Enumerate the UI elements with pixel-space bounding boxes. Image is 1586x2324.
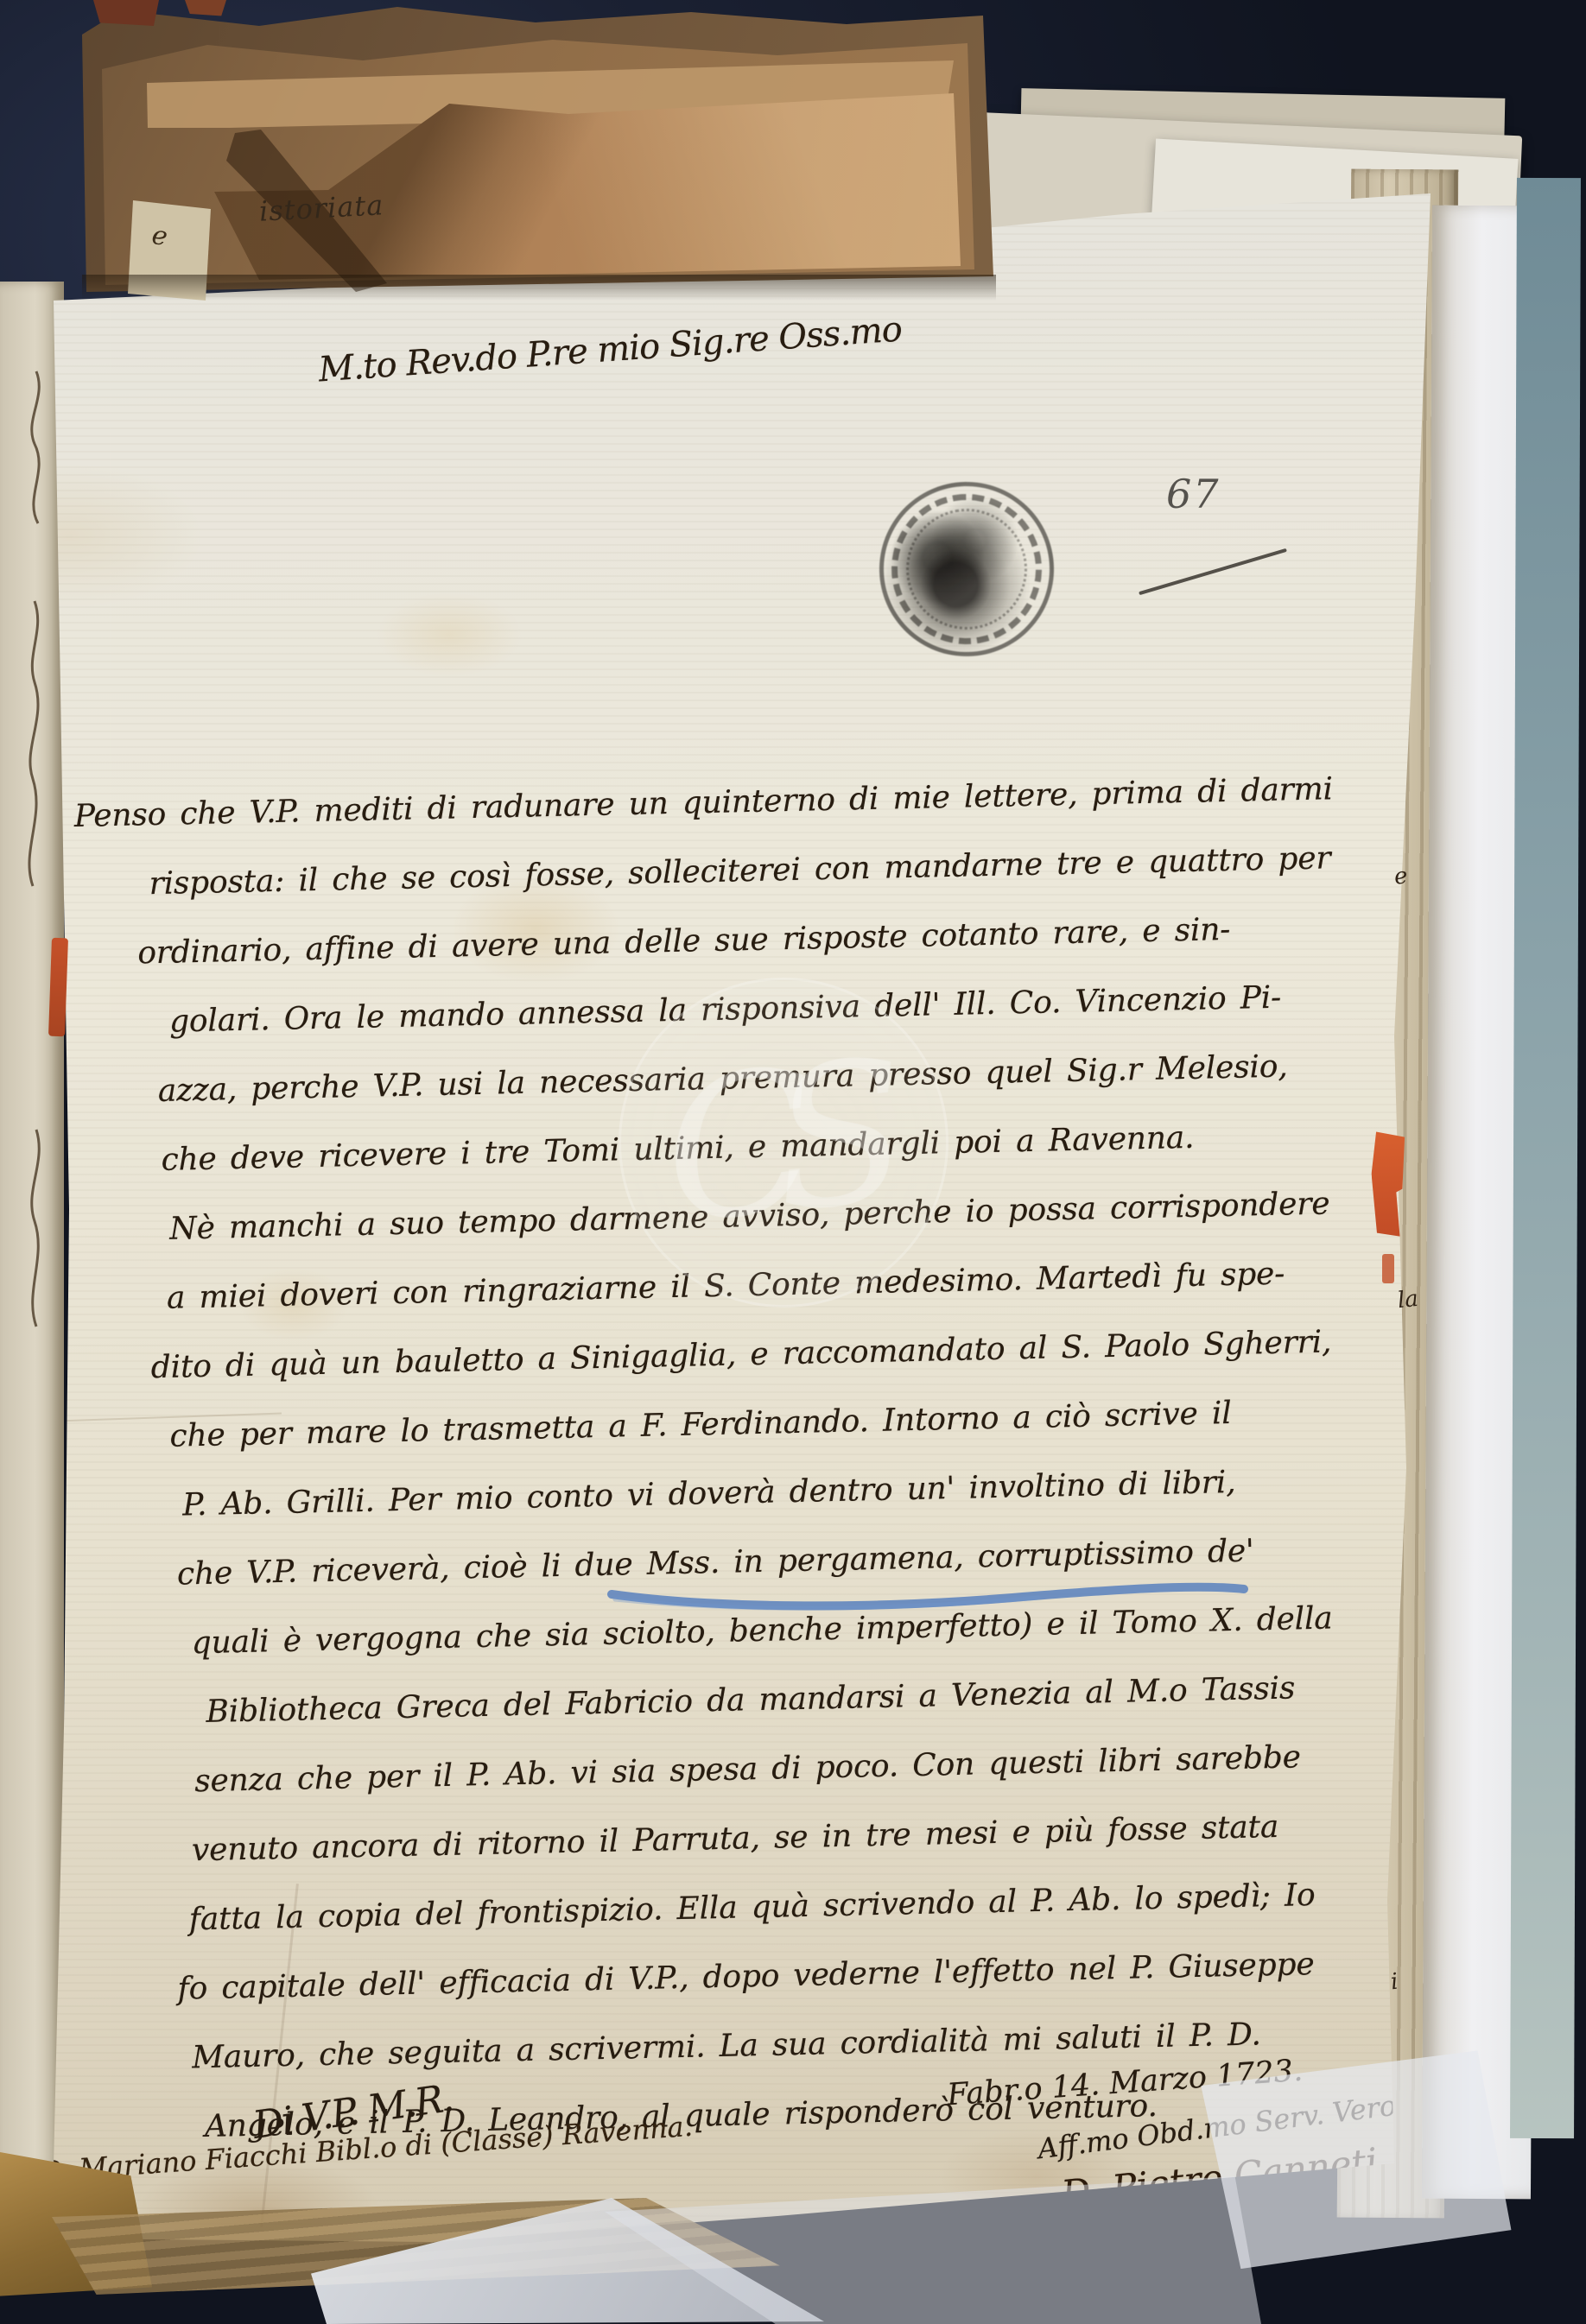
red-wax-speck [1382, 1254, 1394, 1283]
red-wax-fragment-left [48, 938, 68, 1037]
red-paper-scrap [185, 0, 226, 17]
marginal-writing-fragment [7, 333, 55, 1422]
kraft-wrapper-shadow [82, 275, 996, 301]
photo-canvas: M.to Rev.do P.re mio Sig.re Oss.mo 67 Pe… [0, 0, 1586, 2324]
edge-text-fragment: e [149, 220, 169, 252]
manuscript-page: M.to Rev.do P.re mio Sig.re Oss.mo 67 Pe… [0, 0, 1586, 2324]
left-page-sliver [0, 282, 64, 2247]
manuscript-body: Penso che V.P. mediti di radunare un qui… [73, 754, 1417, 2164]
edge-text-fragment: la [1396, 1286, 1419, 1314]
wrapper-inscription: istoriata [258, 188, 384, 228]
edge-text-fragment: e [1393, 863, 1408, 890]
tissue-paper [1200, 2049, 1513, 2270]
folio-number: 67 [1166, 471, 1221, 517]
blue-pencil-underline [606, 1572, 1250, 1617]
blue-grey-sheet-edge [1510, 178, 1581, 2138]
red-paper-scrap [93, 0, 159, 26]
